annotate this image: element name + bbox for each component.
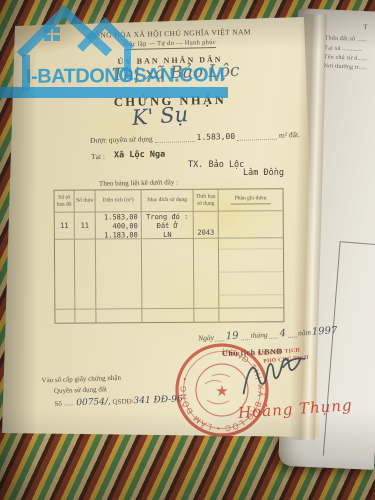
area-unit: m² đất. xyxy=(279,130,300,140)
table-empty-cell xyxy=(75,310,96,323)
location-province: Lâm Đồng xyxy=(243,168,284,178)
signature-ink xyxy=(236,348,316,404)
table-empty-cell xyxy=(96,309,142,322)
handwritten-registry-suffix: 341 ĐĐ-96 xyxy=(133,395,182,407)
table-cell-parcel-no: 11 xyxy=(75,213,96,240)
table-empty-cell xyxy=(55,310,75,323)
table-header-cell: Mục đích sử dụng xyxy=(142,190,194,212)
photo-of-land-certificate: T Thửa đất số ...... Tại xã ............… xyxy=(0,0,375,500)
table-cell-map-sheet: 11 xyxy=(55,213,75,240)
dotted-leader xyxy=(155,136,195,143)
watermark-site-text: I-BATDONGSAN.COM xyxy=(26,64,224,89)
side-page-line: Tại xã ............ xyxy=(324,45,363,53)
location-commune: Xã Lộc Nga xyxy=(114,150,165,161)
dotted-leader xyxy=(237,134,277,141)
table-empty-cell xyxy=(142,309,194,322)
table-header-cell: Diện tích (m²) xyxy=(96,190,142,212)
table-header-cell: Phần ghi thêm xyxy=(219,189,283,211)
location-label: Tại : xyxy=(91,152,105,161)
table-empty-cell xyxy=(194,239,219,309)
registry-note: Vào sổ cấp giấy chứng nhận Quyền sử dụng… xyxy=(41,371,182,413)
table-cell-term: 2043 xyxy=(194,212,219,239)
table-empty-cell xyxy=(194,309,219,322)
table-header-cell: Số tờ bản đồ xyxy=(55,191,75,213)
table-empty-cell xyxy=(219,308,283,321)
table-empty-cell xyxy=(142,239,194,309)
location-town: TX. Bảo Lộc xyxy=(188,160,244,170)
table-cell-land-use: Trong đó : Đất Ở LN xyxy=(142,212,194,239)
side-page-line: Nơi thường tr..... xyxy=(323,63,367,71)
side-page-corner-text: T xyxy=(363,23,368,31)
grantee-name-handwritten: K' Sụ xyxy=(131,102,189,130)
table-cell-notes xyxy=(219,211,283,238)
table-empty-cell xyxy=(75,240,96,310)
table-header-cell: Số thửa xyxy=(75,191,96,213)
seal-star-icon: ★ xyxy=(215,384,228,400)
table-intro: Theo bảng liệt kê dưới đây : xyxy=(99,178,178,187)
land-parcel-table: Số tờ bản đồ Số thửa Diện tích (m²) Mục … xyxy=(54,188,285,324)
area-label: Được quyền sử dụng xyxy=(90,134,153,145)
side-page-line: Tên chủ sử d...... xyxy=(324,54,368,62)
side-page-line: Thửa đất số ...... xyxy=(325,35,368,43)
side-page-frame xyxy=(323,241,375,460)
table-empty-cell xyxy=(219,238,283,308)
table-empty-cell xyxy=(55,240,75,310)
handwritten-month: 4 xyxy=(279,330,286,338)
table-header-cell: Thời hạn sử dụng xyxy=(194,190,219,212)
handwritten-year: 1997 xyxy=(312,327,338,336)
table-empty-cell xyxy=(96,239,142,309)
table-cell-area: 1.583,00 400,00 1.183,00 xyxy=(96,212,142,239)
area-value: 1.583,00 xyxy=(196,132,235,142)
watermark-bar xyxy=(0,87,228,98)
handwritten-registry-number: 00754/, xyxy=(76,397,111,408)
